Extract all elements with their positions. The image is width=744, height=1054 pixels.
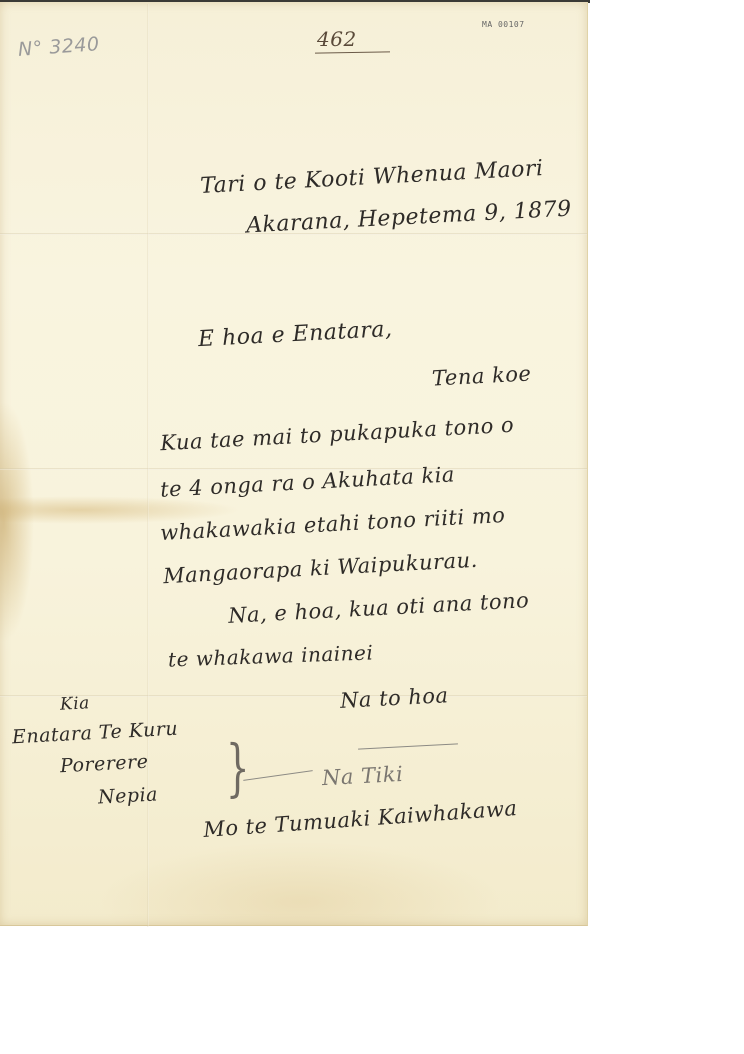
addressee-line: Nepia bbox=[97, 783, 158, 808]
folio-number: 462 bbox=[317, 27, 357, 51]
signature: Na Tiki bbox=[321, 762, 403, 790]
addressee-line: Kia bbox=[59, 693, 90, 715]
addressee-line: Porerere bbox=[59, 751, 148, 778]
archive-stamp: MA 00107 bbox=[482, 20, 525, 29]
brace-mark: } bbox=[226, 737, 250, 799]
letter-page bbox=[0, 2, 588, 926]
